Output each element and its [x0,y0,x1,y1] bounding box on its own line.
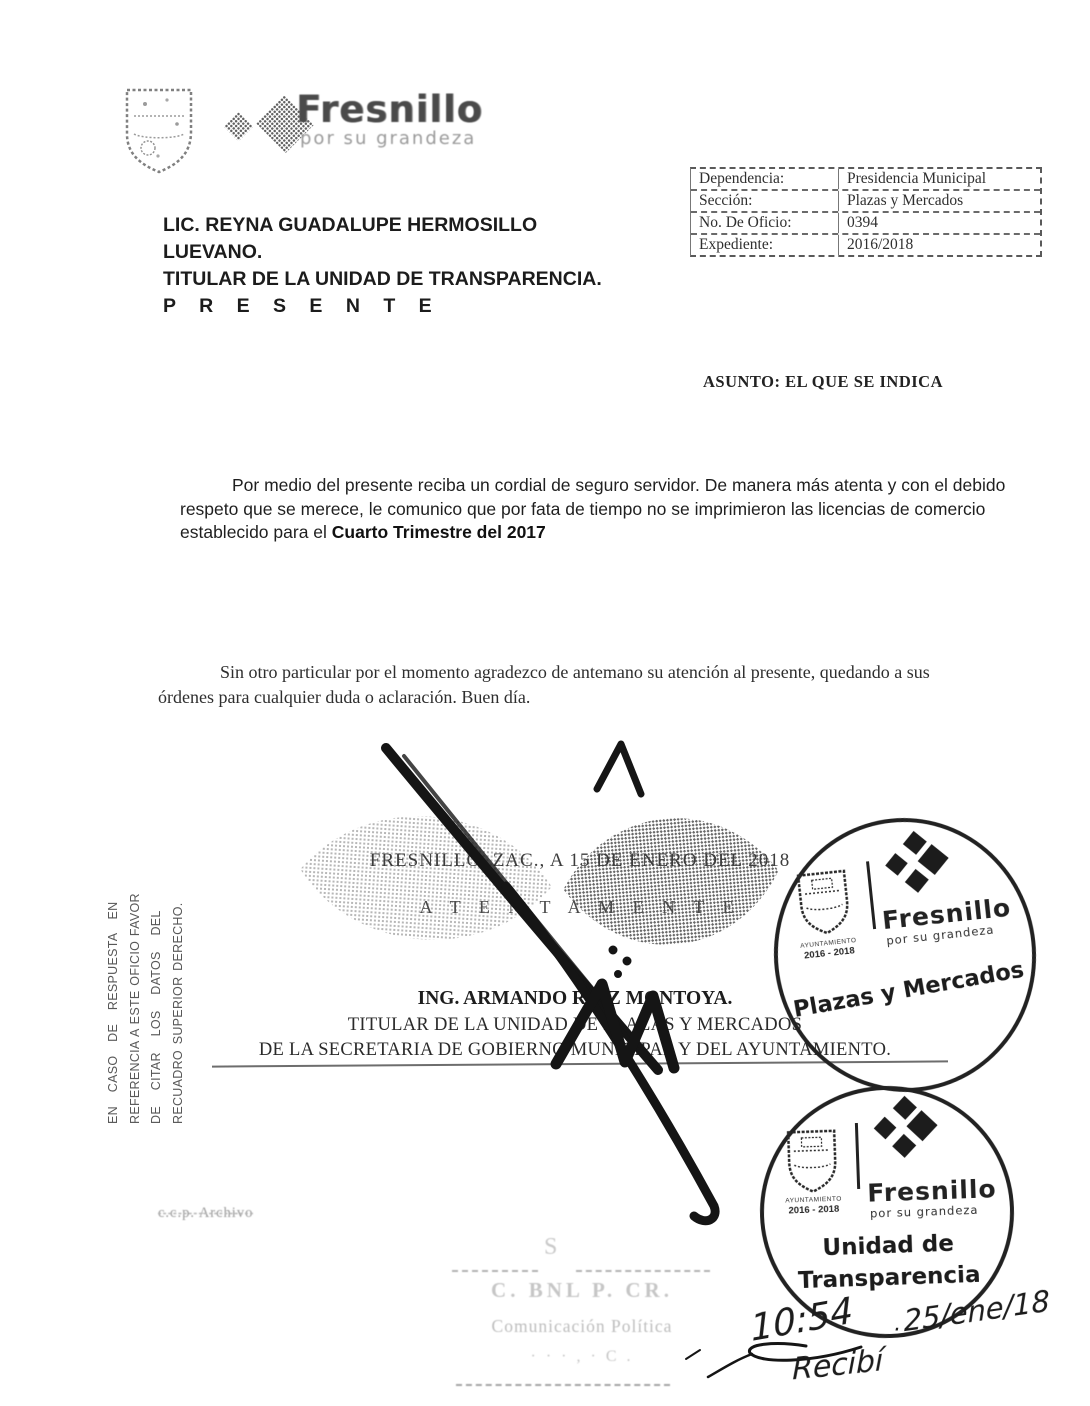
row-value: 2016/2018 [839,235,1040,255]
faded-text-line: C. BNL P. CR. [448,1278,716,1303]
row-label: Sección: [691,191,839,211]
divider [855,1123,860,1189]
faded-mark: S [544,1234,557,1261]
body-paragraph-1: Por medio del presente reciba un cordial… [180,474,1048,545]
divider [866,861,876,929]
faded-stamp: S C. BNL P. CR. Comunicación Política · … [448,1236,716,1394]
handwritten-received: Recibí [792,1343,883,1388]
table-row: Expediente: 2016/2018 [691,235,1040,255]
brand-tagline: por su grandeza [300,128,476,149]
coat-of-arms-icon [122,86,196,178]
flower-logo-icon [884,831,954,901]
margin-note-line: EN CASO DE RESPUESTA EN [103,854,125,1124]
subject-line: ASUNTO: EL QUE SE INDICA [703,372,943,392]
row-value: Plazas y Mercados [839,191,1040,211]
paragraph-bold-text: Cuarto Trimestre del 2017 [332,522,546,542]
row-label: Dependencia: [691,169,839,189]
table-row: Dependencia: Presidencia Municipal [691,169,1040,191]
flower-logo-icon [874,1098,940,1164]
salutation: A T E N T A M E N T E [300,897,860,918]
faded-text-line: · · · , · C . [448,1348,716,1366]
body-paragraph-2: Sin otro particular por el momento agrad… [158,660,990,709]
stamp-department: Plazas y Mercados [781,955,1036,1025]
brand-wordmark: Fresnillo [296,88,483,131]
paragraph-text: Por medio del presente reciba un cordial… [180,475,1005,542]
stamp-tagline: por su grandeza [870,1203,979,1221]
halftone-watermark [555,777,787,983]
recipient-line: TITULAR DE LA UNIDAD DE TRANSPARENCIA. [163,266,743,293]
cc-note: c.c.p. Archivo [158,1205,253,1222]
stamp-shield-icon [785,1128,839,1196]
stamp-department-line: Unidad de [765,1229,1012,1264]
faded-text-line: Comunicación Política [448,1316,716,1337]
handwritten-time: 10:54 [749,1291,854,1350]
recipient-line: LUEVANO. [163,239,743,266]
stamp-department-line: Transparencia [766,1261,1013,1296]
halftone-watermark [294,777,558,978]
recipient-line: P R E S E N T E [163,293,743,320]
recipient-line: LIC. REYNA GUADALUPE HERMOSILLO [163,212,743,239]
handwritten-dot: · [893,1318,900,1343]
row-value: 0394 [839,213,1040,233]
dateline: FRESNILLO, ZAC., A 15 DE ENERO DEL 2018 [300,850,860,872]
scanned-letter-page: Fresnillo por su grandeza Dependencia: P… [0,0,1090,1406]
table-row: Sección: Plazas y Mercados [691,191,1040,213]
stamp-years: 2016 - 2018 [774,1203,854,1217]
recipient-block: LIC. REYNA GUADALUPE HERMOSILLO LUEVANO.… [163,212,743,320]
margin-note-line: REFERENCIA A ESTE OFICIO FAVOR [125,854,147,1124]
logo-diamond-icon [224,112,254,142]
row-value: Presidencia Municipal [839,169,1040,189]
table-row: No. De Oficio: 0394 [691,213,1040,235]
stamp-shield-icon [795,868,854,939]
